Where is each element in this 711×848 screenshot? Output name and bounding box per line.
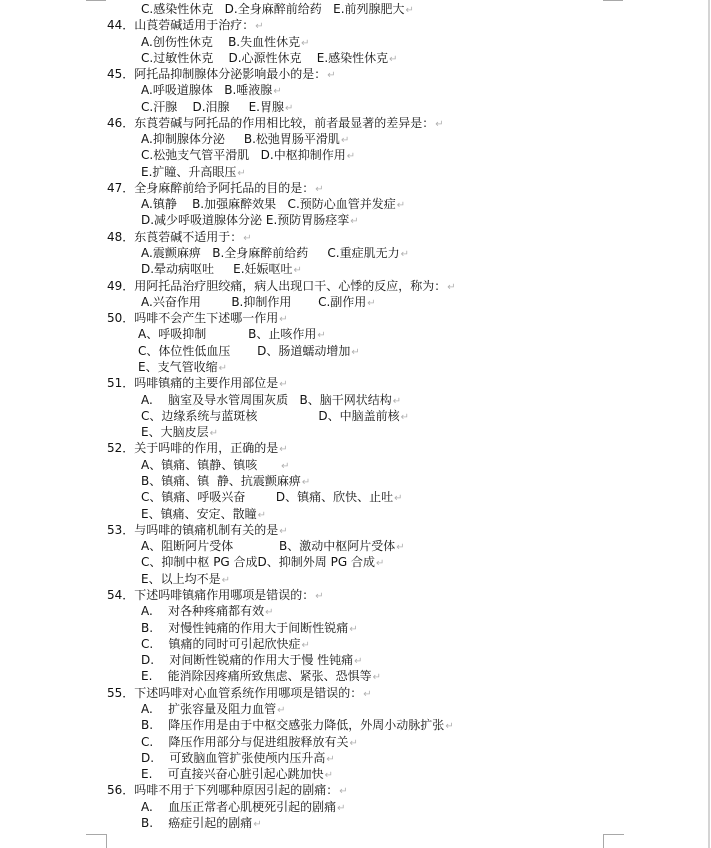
answer-options: A. 扩张容量及阻力血管↵: [141, 701, 285, 717]
paragraph-mark-icon: ↵: [349, 738, 357, 749]
option-text: B. 癌症引起的剧痛: [141, 816, 252, 830]
question-text: 50．吗啡不会产生下述哪一作用: [107, 311, 278, 325]
answer-options: C、体位性低血压 D、肠道蠕动增加↵: [138, 343, 360, 359]
option-text: A.创伤性休克 B.失血性休克: [141, 35, 300, 49]
paragraph-mark-icon: ↵: [354, 656, 362, 667]
answer-options: B. 对慢性钝痛的作用大于间断性锐痛↵: [141, 620, 358, 636]
question-text: 48．东莨菪碱不适用于：: [107, 230, 242, 244]
option-text: B. 降压作用是由于中枢交感张力降低，外周小动脉扩张: [141, 718, 444, 732]
answer-options: D.减少呼吸道腺体分泌 E.预防胃肠痉挛↵: [141, 212, 359, 228]
paragraph-mark-icon: ↵: [397, 200, 405, 211]
option-text: A、镇痛、镇静、镇咳: [141, 458, 280, 472]
answer-options: C、抑制中枢 PG 合成D、抑制外周 PG 合成↵: [141, 554, 384, 570]
paragraph-mark-icon: ↵: [258, 510, 266, 521]
paragraph-mark-icon: ↵: [325, 770, 333, 781]
page-edge-shadow: [708, 0, 710, 848]
question-stem: 48．东莨菪碱不适用于：↵: [107, 229, 252, 245]
answer-options: B、镇痛、镇 静、抗震颤麻痹↵: [141, 473, 310, 489]
margin-corner-mark-top-right: [603, 0, 623, 2]
question-stem: 49．用阿托品治疗胆绞痛，病人出现口干、心悸的反应，称为：↵: [107, 278, 456, 294]
paragraph-mark-icon: ↵: [279, 526, 287, 537]
paragraph-mark-icon: ↵: [237, 168, 245, 179]
paragraph-mark-icon: ↵: [396, 542, 404, 553]
option-text: C、体位性低血压 D、肠道蠕动增加: [138, 344, 350, 358]
question-stem: 45．阿托品抑制腺体分泌影响最小的是：↵: [107, 66, 336, 82]
answer-options: C.感染性休克 D.全身麻醉前给药 E.前列腺肥大↵: [141, 1, 414, 17]
option-text: C. 降压作用部分与促进组胺释放有关: [141, 735, 348, 749]
paragraph-mark-icon: ↵: [279, 314, 287, 325]
option-text: C.感染性休克 D.全身麻醉前给药 E.前列腺肥大: [141, 2, 405, 16]
option-text: E、以上均不是: [141, 572, 221, 586]
paragraph-mark-icon: ↵: [279, 379, 287, 390]
option-text: B. 对慢性钝痛的作用大于间断性锐痛: [141, 621, 348, 635]
question-text: 45．阿托品抑制腺体分泌影响最小的是：: [107, 67, 326, 81]
question-stem: 44．山莨菪碱适用于治疗：↵: [107, 17, 264, 33]
paragraph-mark-icon: ↵: [210, 428, 218, 439]
option-text: E.扩瞳、升高眼压: [141, 165, 236, 179]
paragraph-mark-icon: ↵: [265, 607, 273, 618]
answer-options: D. 对间断性锐痛的作用大于慢 性钝痛↵: [141, 652, 363, 668]
option-text: D. 对间断性锐痛的作用大于慢 性钝痛: [141, 653, 353, 667]
question-stem: 52．关于吗啡的作用，正确的是↵: [107, 440, 288, 456]
answer-options: B. 降压作用是由于中枢交感张力降低，外周小动脉扩张↵: [141, 717, 454, 733]
paragraph-mark-icon: ↵: [445, 721, 453, 732]
question-text: 49．用阿托品治疗胆绞痛，病人出现口干、心悸的反应，称为：: [107, 279, 446, 293]
paragraph-mark-icon: ↵: [253, 819, 261, 830]
question-text: 44．山莨菪碱适用于治疗：: [107, 18, 254, 32]
question-stem: 51．吗啡镇痛的主要作用部位是↵: [107, 375, 288, 391]
paragraph-mark-icon: ↵: [279, 444, 287, 455]
paragraph-mark-icon: ↵: [401, 249, 409, 260]
paragraph-mark-icon: ↵: [315, 591, 323, 602]
option-text: A. 扩张容量及阻力血管: [141, 702, 276, 716]
question-stem: 46．东莨菪碱与阿托品的作用相比较，前者最显著的差异是：↵: [107, 115, 444, 131]
paragraph-mark-icon: ↵: [389, 54, 397, 65]
answer-options: D.晕动病呕吐 E.妊娠呕吐↵: [141, 261, 302, 277]
paragraph-mark-icon: ↵: [406, 5, 414, 16]
option-text: E、支气管收缩: [138, 360, 218, 374]
question-text: 54．下述吗啡镇痛作用哪项是错误的：: [107, 588, 314, 602]
option-text: E. 能消除因疼痛所致焦虑、紧张、恐惧等: [141, 669, 372, 683]
question-text: 51．吗啡镇痛的主要作用部位是: [107, 376, 278, 390]
paragraph-mark-icon: ↵: [341, 135, 349, 146]
answer-options: C、边缘系统与蓝斑核 D、中脑盖前核↵: [141, 408, 409, 424]
option-text: C、抑制中枢 PG 合成D、抑制外周 PG 合成: [141, 555, 375, 569]
option-text: A、呼吸抑制 B、止咳作用: [138, 327, 316, 341]
paragraph-mark-icon: ↵: [301, 38, 309, 49]
paragraph-mark-icon: ↵: [401, 412, 409, 423]
paragraph-mark-icon: ↵: [347, 151, 355, 162]
answer-options: D. 可致脑血管扩张使颅内压升高↵: [141, 750, 335, 766]
paragraph-mark-icon: ↵: [294, 265, 302, 276]
question-text: 53．与吗啡的镇痛机制有关的是: [107, 523, 278, 537]
margin-corner-mark-bottom-right: [603, 834, 624, 848]
question-text: 56．吗啡不用于下列哪种原因引起的剧痛：: [107, 783, 338, 797]
option-text: A. 对各种疼痛都有效: [141, 604, 264, 618]
answer-options: C. 镇痛的同时可引起欣快症↵: [141, 636, 310, 652]
option-text: A. 脑室及导水管周围灰质 B、脑干网状结构: [141, 393, 392, 407]
answer-options: B. 癌症引起的剧痛↵: [141, 815, 262, 831]
option-text: C.汗腺 D.泪腺 E.胃腺: [141, 100, 284, 114]
answer-options: E. 可直接兴奋心脏引起心跳加快↵: [141, 766, 333, 782]
paragraph-mark-icon: ↵: [447, 282, 455, 293]
option-text: C、镇痛、呼吸兴奋 D、镇痛、欣快、止吐: [141, 490, 393, 504]
question-text: 52．关于吗啡的作用，正确的是: [107, 441, 278, 455]
paragraph-mark-icon: ↵: [350, 216, 358, 227]
paragraph-mark-icon: ↵: [373, 672, 381, 683]
paragraph-mark-icon: ↵: [277, 705, 285, 716]
question-stem: 54．下述吗啡镇痛作用哪项是错误的：↵: [107, 587, 324, 603]
paragraph-mark-icon: ↵: [327, 70, 335, 81]
answer-options: E、镇痛、安定、散瞳↵: [141, 506, 266, 522]
answer-options: A. 脑室及导水管周围灰质 B、脑干网状结构↵: [141, 392, 401, 408]
option-text: C.过敏性休克 D.心源性休克 E.感染性休克: [141, 51, 388, 65]
option-text: A、阻断阿片受体 B、激动中枢阿片受体: [141, 539, 395, 553]
paragraph-mark-icon: ↵: [255, 21, 263, 32]
answer-options: A.抑制腺体分泌 B.松弛胃肠平滑肌↵: [141, 131, 349, 147]
document-page: C.感染性休克 D.全身麻醉前给药 E.前列腺肥大↵44．山莨菪碱适用于治疗：↵…: [0, 0, 711, 848]
paragraph-mark-icon: ↵: [301, 640, 309, 651]
option-text: D. 可致脑血管扩张使颅内压升高: [141, 751, 325, 765]
answer-options: A.震颤麻痹 B.全身麻醉前给药 C.重症肌无力↵: [141, 245, 409, 261]
option-text: A.抑制腺体分泌 B.松弛胃肠平滑肌: [141, 132, 340, 146]
option-text: E. 可直接兴奋心脏引起心跳加快: [141, 767, 324, 781]
option-text: A.震颤麻痹 B.全身麻醉前给药 C.重症肌无力: [141, 246, 400, 260]
answer-options: C.汗腺 D.泪腺 E.胃腺↵: [141, 99, 293, 115]
option-text: C.松弛支气管平滑肌 D.中枢抑制作用: [141, 148, 346, 162]
question-stem: 50．吗啡不会产生下述哪一作用↵: [107, 310, 288, 326]
answer-options: E、支气管收缩↵: [138, 359, 227, 375]
paragraph-mark-icon: ↵: [337, 803, 345, 814]
answer-options: C、镇痛、呼吸兴奋 D、镇痛、欣快、止吐↵: [141, 489, 403, 505]
answer-options: A.创伤性休克 B.失血性休克↵: [141, 34, 310, 50]
option-text: C. 镇痛的同时可引起欣快症: [141, 637, 300, 651]
question-stem: 56．吗啡不用于下列哪种原因引起的剧痛：↵: [107, 782, 348, 798]
paragraph-mark-icon: ↵: [317, 330, 325, 341]
paragraph-mark-icon: ↵: [281, 461, 289, 472]
paragraph-mark-icon: ↵: [435, 119, 443, 130]
answer-options: C.过敏性休克 D.心源性休克 E.感染性休克↵: [141, 50, 398, 66]
paragraph-mark-icon: ↵: [367, 298, 375, 309]
question-text: 47．全身麻醉前给予阿托品的目的是：: [107, 181, 314, 195]
answer-options: C.松弛支气管平滑肌 D.中枢抑制作用↵: [141, 147, 355, 163]
answer-options: A. 对各种疼痛都有效↵: [141, 603, 273, 619]
paragraph-mark-icon: ↵: [376, 558, 384, 569]
question-text: 55．下述吗啡对心血管系统作用哪项是错误的：: [107, 686, 362, 700]
paragraph-mark-icon: ↵: [339, 786, 347, 797]
paragraph-mark-icon: ↵: [285, 103, 293, 114]
paragraph-mark-icon: ↵: [363, 689, 371, 700]
paragraph-mark-icon: ↵: [351, 347, 359, 358]
option-text: B、镇痛、镇 静、抗震颤麻痹: [141, 474, 301, 488]
answer-options: A、阻断阿片受体 B、激动中枢阿片受体↵: [141, 538, 405, 554]
answer-options: E. 能消除因疼痛所致焦虑、紧张、恐惧等↵: [141, 668, 381, 684]
question-stem: 47．全身麻醉前给予阿托品的目的是：↵: [107, 180, 324, 196]
answer-options: A.镇静 B.加强麻醉效果 C.预防心血管并发症↵: [141, 196, 405, 212]
question-stem: 53．与吗啡的镇痛机制有关的是↵: [107, 522, 288, 538]
option-text: A.镇静 B.加强麻醉效果 C.预防心血管并发症: [141, 197, 396, 211]
paragraph-mark-icon: ↵: [219, 363, 227, 374]
answer-options: E.扩瞳、升高眼压↵: [141, 164, 246, 180]
paragraph-mark-icon: ↵: [393, 396, 401, 407]
option-text: E、镇痛、安定、散瞳: [141, 507, 257, 521]
paragraph-mark-icon: ↵: [315, 184, 323, 195]
option-text: A.兴奋作用 B.抑制作用 C.副作用: [141, 295, 366, 309]
paragraph-mark-icon: ↵: [326, 754, 334, 765]
question-text: 46．东莨菪碱与阿托品的作用相比较，前者最显著的差异是：: [107, 116, 434, 130]
option-text: C、边缘系统与蓝斑核 D、中脑盖前核: [141, 409, 400, 423]
paragraph-mark-icon: ↵: [243, 233, 251, 244]
margin-corner-mark-bottom-left: [86, 834, 107, 848]
option-text: A. 血压正常者心肌梗死引起的剧痛: [141, 800, 336, 814]
option-text: D.减少呼吸道腺体分泌 E.预防胃肠痉挛: [141, 213, 349, 227]
answer-options: E、以上均不是↵: [141, 571, 230, 587]
answer-options: C. 降压作用部分与促进组胺释放有关↵: [141, 734, 358, 750]
answer-options: E、大脑皮层↵: [141, 424, 218, 440]
option-text: A.呼吸道腺体 B.唾液腺: [141, 83, 272, 97]
paragraph-mark-icon: ↵: [302, 477, 310, 488]
option-text: E、大脑皮层: [141, 425, 209, 439]
answer-options: A.呼吸道腺体 B.唾液腺↵: [141, 82, 282, 98]
margin-corner-mark-top-left: [86, 0, 106, 2]
answer-options: A、呼吸抑制 B、止咳作用↵: [138, 326, 326, 342]
paragraph-mark-icon: ↵: [394, 493, 402, 504]
answer-options: A、镇痛、镇静、镇咳 ↵: [141, 457, 290, 473]
paragraph-mark-icon: ↵: [222, 575, 230, 586]
answer-options: A.兴奋作用 B.抑制作用 C.副作用↵: [141, 294, 376, 310]
paragraph-mark-icon: ↵: [349, 624, 357, 635]
option-text: D.晕动病呕吐 E.妊娠呕吐: [141, 262, 293, 276]
question-stem: 55．下述吗啡对心血管系统作用哪项是错误的：↵: [107, 685, 372, 701]
paragraph-mark-icon: ↵: [273, 86, 281, 97]
answer-options: A. 血压正常者心肌梗死引起的剧痛↵: [141, 799, 345, 815]
